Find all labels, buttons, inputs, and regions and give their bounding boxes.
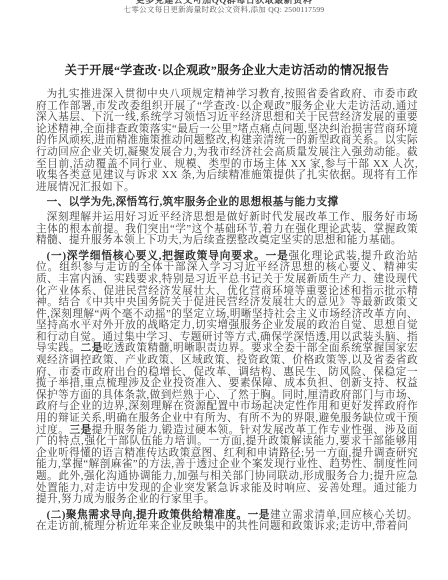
promo-watermark: 更多党建公文可加QQ群每日获取最新资料 七零公文每日更新海量时政公文资料,添加 … — [0, 0, 448, 14]
promo-watermark-line-2: 七零公文每日更新海量时政公文资料,添加 QQ: 2500117599 — [0, 6, 448, 14]
document-body: 关于开展“学查改·以企观政”服务企业大走访活动的情况报告 为扎实推进深入贯彻中央… — [0, 61, 448, 533]
intro-paragraph: 为扎实推进深入贯彻中央八项规定精神学习教育,按照省委省政府、市委市政府工作部署,… — [36, 89, 418, 193]
section-1-heading: 一、以学为先,深悟笃行,筑牢服务企业的思想根基与能力支撑 — [36, 197, 418, 209]
section-2-paragraph: (二)聚焦需求导向,提升政策供给精准度。一是建立需求清单,回应核心关切。在走访前… — [36, 510, 418, 533]
document-title: 关于开展“学查改·以企观政”服务企业大走访活动的情况报告 — [36, 61, 418, 78]
document-page: 更多党建公文可加QQ群每日获取最新资料 七零公文每日更新海量时政公文资料,添加 … — [0, 0, 448, 580]
section-1-item-paragraph: (一)深学细悟核心要义,把握政策导向要求。一是强化理论武装,提升政治站位。组织参… — [36, 251, 418, 506]
section-1-lead-paragraph: 深刻理解并运用好习近平经济思想是做好新时代发展改革工作、服务好市场主体的根本前提… — [36, 212, 418, 247]
